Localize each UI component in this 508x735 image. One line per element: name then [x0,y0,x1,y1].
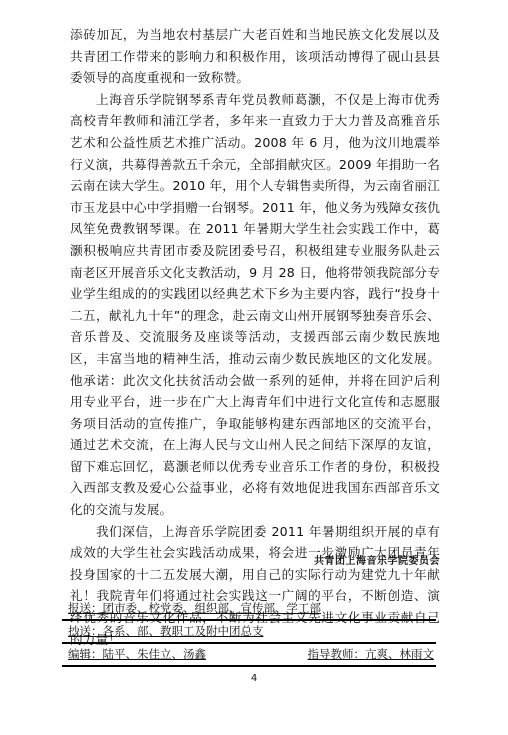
copy-to: 抄送：各系、部、教职工及附中团总支 [68,621,264,641]
paragraph-ge-hao: 上海音乐学院钢琴系青年党员教师葛灏，不仅是上海市优秀高校青年教师和浦江学者，多年… [70,89,440,521]
copy-to-row: 抄送：各系、部、教职工及附中团总支 [62,621,436,644]
report-to-row: 报送：团市委、校党委、组织部、宣传部、学工部 [62,598,436,621]
editors-row: 编辑：陆平、朱佳立、汤鑫 指导教师：亢爽、林雨文 [62,644,436,667]
paragraph-continuation: 添砖加瓦，为当地农村基层广大老百姓和当地民族文化发展以及共青团工作带来的影响力和… [70,24,440,89]
report-to: 报送：团市委、校党委、组织部、宣传部、学工部 [68,598,321,618]
editors: 编辑：陆平、朱佳立、汤鑫 [68,644,206,664]
signature: 共青团上海音乐学院委员会 [70,552,440,567]
distribution-footer: 报送：团市委、校党委、组织部、宣传部、学工部 抄送：各系、部、教职工及附中团总支… [62,598,436,667]
document-body: 添砖加瓦，为当地农村基层广大老百姓和当地民族文化发展以及共青团工作带来的影响力和… [70,24,440,650]
advisors: 指导教师：亢爽、林雨文 [308,644,435,664]
page-number: 4 [0,673,508,684]
